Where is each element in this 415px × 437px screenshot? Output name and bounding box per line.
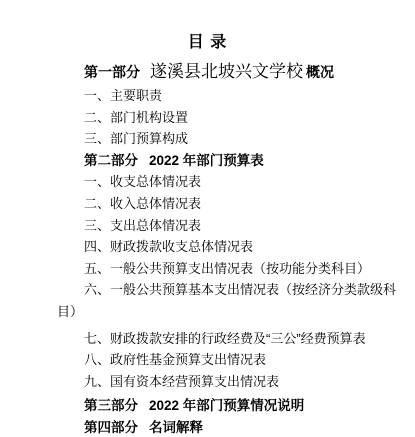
toc-item-part2-7: 七、财政拨款安排的行政经费及“三公”经费预算表 [0, 328, 415, 350]
toc-item-part2-8: 八、政府性基金预算支出情况表 [0, 349, 415, 371]
part1-school-name: 遂溪县北坡兴文学校 [150, 62, 303, 81]
document-page: 目 录 第一部分遂溪县北坡兴文学校概况 一、主要职责 二、部门机构设置 三、部门… [0, 0, 415, 437]
toc-item-part1-2: 二、部门机构设置 [0, 107, 415, 129]
toc-item-part2-3: 三、支出总体情况表 [0, 215, 415, 237]
toc-part1-heading: 第一部分遂溪县北坡兴文学校概况 [0, 58, 415, 85]
toc-item-part2-1: 一、收支总体情况表 [0, 171, 415, 193]
part4-label: 第四部分 [84, 420, 138, 435]
part4-title: 名词解释 [149, 420, 203, 435]
toc-item-part2-4: 四、财政拨款收支总体情况表 [0, 236, 415, 258]
part3-title: 2022 年部门预算情况说明 [149, 398, 304, 413]
toc-part4-heading: 第四部分名词解释 [0, 417, 415, 437]
toc-title: 目 录 [0, 0, 415, 53]
toc-item-part2-6-line2: 目） [0, 301, 415, 323]
toc-part2-heading: 第二部分2022 年部门预算表 [0, 150, 415, 172]
toc-item-part2-2: 二、收入总体情况表 [0, 193, 415, 215]
part1-label: 第一部分 [84, 64, 140, 80]
part3-label: 第三部分 [84, 398, 138, 413]
part2-label: 第二部分 [84, 153, 138, 168]
part1-suffix: 概况 [306, 64, 334, 80]
toc-item-part1-3: 三、部门预算构成 [0, 128, 415, 150]
toc-item-part2-5: 五、一般公共预算支出情况表（按功能分类科目） [0, 258, 415, 280]
toc-item-part2-6-line1: 六、一般公共预算基本支出情况表（按经济分类款级科 [0, 279, 415, 301]
table-of-contents: 第一部分遂溪县北坡兴文学校概况 一、主要职责 二、部门机构设置 三、部门预算构成… [0, 58, 415, 437]
toc-part3-heading: 第三部分2022 年部门预算情况说明 [0, 395, 415, 417]
toc-item-part1-1: 一、主要职责 [0, 85, 415, 107]
part2-title: 2022 年部门预算表 [149, 153, 264, 168]
toc-item-part2-9: 九、国有资本经营预算支出情况表 [0, 371, 415, 393]
